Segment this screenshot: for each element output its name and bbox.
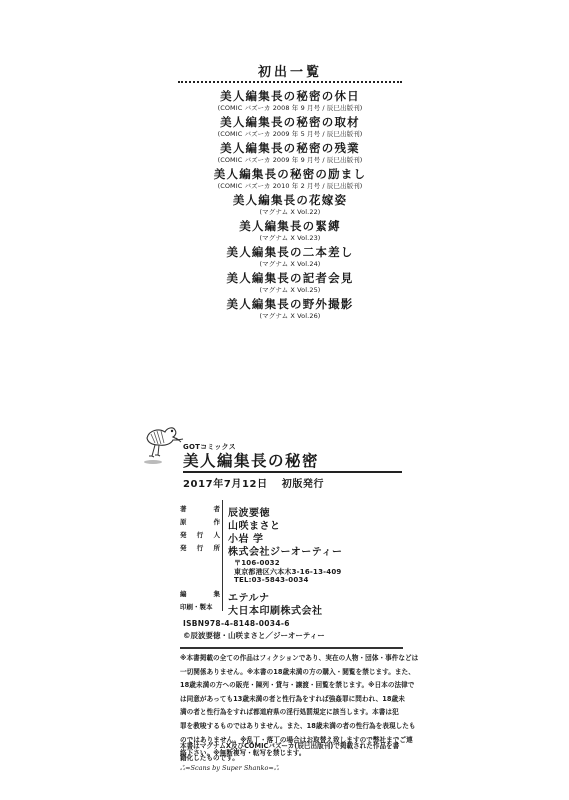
first-appearance-list: 美人編集長の秘密の休日 (COMIC バズーカ 2008 年 9 月号 / 辰巳… [178, 89, 402, 323]
work-title: 美人編集長の緊縛 [178, 219, 402, 234]
work-title: 美人編集長の花嫁姿 [178, 193, 402, 208]
first-appearance-heading: 初出一覧 [178, 61, 402, 80]
note-line: 籍化したものです。 [180, 753, 410, 765]
work-source: (COMIC バズーカ 2009 年 5 月号 / 辰巳出版刊) [178, 130, 402, 139]
credit-label: 発行所 [180, 543, 220, 552]
credits-vertical-divider [222, 500, 223, 611]
notice-line: 満の者と性行為をすれば都道府県の淫行処罰規定に該当します。本書は犯 [180, 706, 406, 720]
work-source: (マグナム X Vol.24) [178, 260, 402, 269]
credit-label: 発行人 [180, 530, 220, 539]
credit-label: 原作 [180, 517, 220, 526]
notice-divider [180, 647, 403, 649]
work-title: 美人編集長の二本差し [178, 245, 402, 260]
work-entry: 美人編集長の記者会見 (マグナム X Vol.25) [178, 271, 402, 297]
title-underline [183, 471, 402, 473]
work-entry: 美人編集長の秘密の取材 (COMIC バズーカ 2009 年 5 月号 / 辰巳… [178, 115, 402, 141]
credit-label: 著者 [180, 504, 220, 513]
bird-logo-icon [143, 418, 185, 470]
edition-label: 初版発行 [282, 479, 324, 490]
work-source: (マグナム X Vol.25) [178, 286, 402, 295]
publication-note: 本書はマグナムX及びCOMICバズーカ(辰巳出版刊)で掲載された作品を書 籍化し… [180, 741, 410, 764]
work-source: (COMIC バズーカ 2008 年 9 月号 / 辰巳出版刊) [178, 104, 402, 113]
work-title: 美人編集長の秘密の取材 [178, 115, 402, 130]
work-entry: 美人編集長の秘密の休日 (COMIC バズーカ 2008 年 9 月号 / 辰巳… [178, 89, 402, 115]
notice-line: 18歳未満の方への販売・陳列・貸与・譲渡・回覧を禁じます。※日本の法律で [180, 679, 406, 693]
credit-value: 大日本印刷株式会社 [228, 602, 323, 617]
work-source: (COMIC バズーカ 2010 年 2 月号 / 辰巳出版刊) [178, 182, 402, 191]
dotted-divider [178, 81, 402, 83]
series-label: GOTコミックス [183, 442, 236, 452]
isbn: ISBN978-4-8148-0034-6 [183, 619, 290, 628]
book-title: 美人編集長の秘密 [183, 452, 319, 470]
publication-date-line: 2017年7月12日初版発行 [183, 475, 324, 490]
scan-credit: ஃ≈Scans by Super Shanko≈ஃ [180, 764, 279, 773]
work-entry: 美人編集長の秘密の励まし (COMIC バズーカ 2010 年 2 月号 / 辰… [178, 167, 402, 193]
work-source: (マグナム X Vol.22) [178, 208, 402, 217]
work-title: 美人編集長の秘密の励まし [178, 167, 402, 182]
note-line: 本書はマグナムX及びCOMICバズーカ(辰巳出版刊)で掲載された作品を書 [180, 741, 410, 753]
work-source: (COMIC バズーカ 2009 年 9 月号 / 辰巳出版刊) [178, 156, 402, 165]
credit-label: 印刷・製本 [180, 602, 220, 611]
work-entry: 美人編集長の秘密の残業 (COMIC バズーカ 2009 年 9 月号 / 辰巳… [178, 141, 402, 167]
work-title: 美人編集長の野外撮影 [178, 297, 402, 312]
work-title: 美人編集長の記者会見 [178, 271, 402, 286]
copyright: ©辰波要徳・山咲まさと／ジーオーティー [183, 630, 325, 641]
work-title: 美人編集長の秘密の残業 [178, 141, 402, 156]
credit-value: 株式会社ジーオーティー [228, 543, 343, 558]
credit-label: 編集 [180, 589, 220, 598]
work-title: 美人編集長の秘密の休日 [178, 89, 402, 104]
notice-line: ※本書掲載の全ての作品はフィクションであり、実在の人物・団体・事件などは [180, 652, 406, 666]
publication-date: 2017年7月12日 [183, 479, 268, 490]
work-entry: 美人編集長の野外撮影 (マグナム X Vol.26) [178, 297, 402, 323]
work-source: (マグナム X Vol.26) [178, 312, 402, 321]
telephone: TEL:03-5843-0034 [234, 576, 309, 584]
work-entry: 美人編集長の二本差し (マグナム X Vol.24) [178, 245, 402, 271]
notice-line: 一切関係ありません。※本書の18歳未満の方の購入・閲覧を禁じます。また、 [180, 666, 406, 680]
notice-line: 罪を教唆するものではありません。また、18歳未満の者の性行為を表現したも [180, 720, 406, 734]
work-entry: 美人編集長の花嫁姿 (マグナム X Vol.22) [178, 193, 402, 219]
work-source: (マグナム X Vol.23) [178, 234, 402, 243]
notice-line: は同意があっても13歳未満の者と性行為をすれば強姦罪に問われ、18歳未 [180, 693, 406, 707]
work-entry: 美人編集長の緊縛 (マグナム X Vol.23) [178, 219, 402, 245]
